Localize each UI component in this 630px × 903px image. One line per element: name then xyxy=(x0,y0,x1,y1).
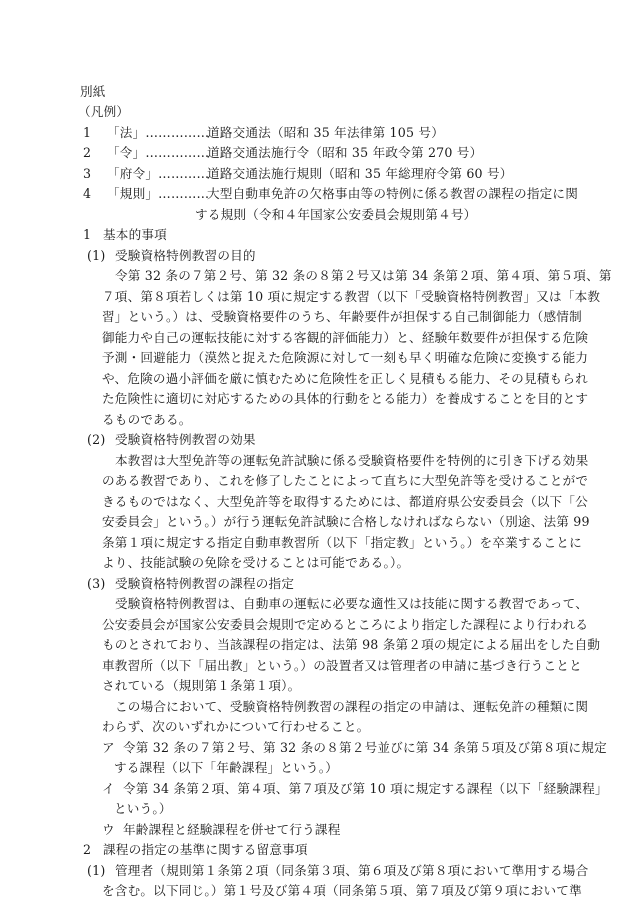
list-item-text: 令第 34 条第２項、第４項、第７項及び第 10 項に規定する課程（以下「経験課… xyxy=(123,779,608,800)
subsection-title: 受験資格特例教習の効果 xyxy=(115,430,256,451)
section-title: 基本的事項 xyxy=(103,225,167,246)
paragraph-line: 習」という。）は、受験資格要件のうち、年齢要件が担保する自己制御能力（感情制 xyxy=(102,307,582,328)
paragraph-line: きるものではなく、大型免許等を取得するためには、都道府県公安委員会（以下「公 xyxy=(102,492,588,513)
list-marker: イ xyxy=(102,779,115,800)
legend-definition-continued: する規則（令和４年国家公安委員会規則第４号） xyxy=(195,205,476,226)
subsection-title: 受験資格特例教習の課程の指定 xyxy=(115,574,294,595)
list-item-text: 令第 32 条の７第２号、第 32 条の８第２号並びに第 34 条第５項及び第８… xyxy=(123,738,607,759)
subsection-number: (1) xyxy=(87,246,105,267)
legend-number: 4 xyxy=(83,184,91,205)
paragraph-line: この場合において、受験資格特例教習の課程の指定の申請は、運転免許の種類に関 xyxy=(115,697,588,718)
paragraph-line: 管理者（規則第１条第２項（同条第３項、第６項及び第８項において準用する場合 xyxy=(115,861,588,882)
paragraph-line: されている（規則第１条第１項）。 xyxy=(102,676,300,697)
legend-definition: 道路交通法施行令（昭和 35 年政令第 270 号） xyxy=(207,143,482,164)
paragraph-line: ものとされており、当該課程の指定は、法第 98 条第２項の規定による届出をした自… xyxy=(102,635,600,656)
legend-term: 「法」…………… xyxy=(107,123,209,144)
paragraph-line: 車教習所（以下「届出教」という。）の設置者又は管理者の申請に基づき行うことと xyxy=(102,656,582,677)
legend-definition: 道路交通法施行規則（昭和 35 年総理府令第 60 号） xyxy=(207,164,513,185)
legend-definition: 道路交通法（昭和 35 年法律第 105 号） xyxy=(207,123,444,144)
legend-term: 「令」…………… xyxy=(107,143,209,164)
section-title: 課程の指定の基準に関する留意事項 xyxy=(103,840,308,861)
legend-number: 3 xyxy=(83,164,91,185)
attachment-label: 別紙 xyxy=(80,82,106,103)
list-marker: ア xyxy=(102,738,115,759)
subsection-title: 受験資格特例教習の目的 xyxy=(115,246,256,267)
list-item-text-continued: する課程（以下「年齢課程」という。） xyxy=(114,758,338,779)
legend-term: 「規則」………… xyxy=(107,184,209,205)
paragraph-line: より、技能試験の免除を受けることは可能である。）。 xyxy=(102,553,409,574)
paragraph-line: ７項、第８項若しくは第 10 項に規定する教習（以下「受験資格特例教習」又は「本… xyxy=(102,287,600,308)
paragraph-line: を含む。以下同じ。）第１号及び第４項（同条第５項、第７項及び第９項において準 xyxy=(102,881,582,902)
paragraph-line: 予測・回避能力（漠然と捉えた危険源に対して一刻も早く明確な危険に変換する能力 xyxy=(102,348,588,369)
legend-heading: （凡例） xyxy=(78,102,129,123)
paragraph-line: 安委員会」という。）が行う運転免許試験に合格しなければならない（別途、法第 99 xyxy=(102,512,590,533)
list-item-text: 年齢課程と経験課程を併せて行う課程 xyxy=(123,820,341,841)
paragraph-line: 公安委員会が国家公安委員会規則で定めるところにより指定した課程により行われる xyxy=(102,615,588,636)
section-number: 2 xyxy=(83,840,91,861)
legend-term: 「府令」………… xyxy=(107,164,209,185)
paragraph-line: 御能力や自己の運転技能に対する客観的評価能力）と、経験年数要件が担保する危険 xyxy=(102,328,588,349)
paragraph-line: るものである。 xyxy=(102,410,192,431)
list-marker: ウ xyxy=(102,820,115,841)
subsection-number: (3) xyxy=(87,574,105,595)
paragraph-line: わらず、次のいずれかについて行わせること。 xyxy=(102,717,369,738)
legend-number: 2 xyxy=(83,143,91,164)
subsection-number: (2) xyxy=(87,430,105,451)
subsection-number: (1) xyxy=(87,861,105,882)
legend-definition: 大型自動車免許の欠格事由等の特例に係る教習の課程の指定に関 xyxy=(207,184,578,205)
section-number: 1 xyxy=(83,225,91,246)
paragraph-line: 令第 32 条の７第２号、第 32 条の８第２号又は第 34 条第２項、第４項、… xyxy=(115,266,612,287)
legend-number: 1 xyxy=(83,123,91,144)
paragraph-line: 条第１項に規定する指定自動車教習所（以下「指定教」という。）を卒業することに xyxy=(102,533,582,554)
paragraph-line: た危険性に適切に対応するための具体的行動をとる能力）を養成することを目的とす xyxy=(102,389,588,410)
paragraph-line: 本教習は大型免許等の運転免許試験に係る受験資格要件を特例的に引き下げる効果 xyxy=(115,451,588,472)
paragraph-line: 受験資格特例教習は、自動車の運転に必要な適性又は技能に関する教習であって、 xyxy=(115,594,588,615)
list-item-text-continued: という。） xyxy=(114,799,172,820)
document-page: 別紙 （凡例） 1 「法」…………… 道路交通法（昭和 35 年法律第 105 … xyxy=(0,0,630,903)
paragraph-line: のある教習であり、これを修了したことによって直ちに大型免許等を受けることがで xyxy=(102,471,588,492)
paragraph-line: や、危険の過小評価を厳に慎むために危険性を正しく見積もる能力、その見積もられ xyxy=(102,369,588,390)
